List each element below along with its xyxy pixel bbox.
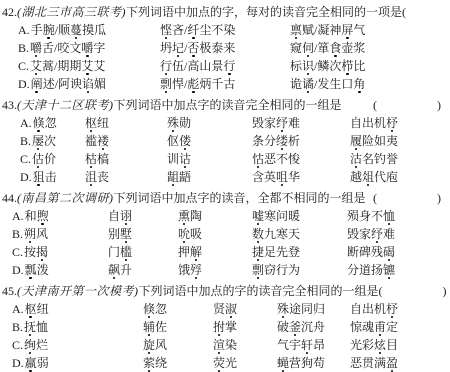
word-pair: 行伍/高山景行 xyxy=(160,57,290,75)
word: 狙击 xyxy=(33,170,57,184)
word: 含英咀华 xyxy=(252,168,350,186)
dotted-char: 轩 xyxy=(301,338,313,352)
word: 萦绕 xyxy=(143,354,213,372)
dotted-char: 屡 xyxy=(32,134,44,148)
option-row-c: C.按揭 门槛 押解 捷足先登 断碑残碣 xyxy=(2,243,446,261)
option-cell: D.羸弱 xyxy=(12,354,143,372)
option-label: B. xyxy=(12,227,23,241)
word: 毁家纾难 xyxy=(347,225,446,243)
word: 蝇营狗苟 xyxy=(277,354,350,372)
word: 条分缕析 xyxy=(252,132,350,150)
option-label: A. xyxy=(12,302,24,316)
option-row-c: C.绚烂 旋风 渲染 气宇轩昂 光彩炫目 xyxy=(2,336,446,354)
dotted-char: 龃 xyxy=(167,170,179,184)
option-label: B. xyxy=(18,41,29,55)
dotted-char: 谲 xyxy=(302,77,314,91)
dotted-char: 熏 xyxy=(178,209,190,223)
dotted-char: 嚼 xyxy=(30,41,42,55)
dotted-char: 俎 xyxy=(362,170,374,184)
dotted-char: 谄 xyxy=(82,77,94,91)
answer-brackets: ( ) xyxy=(373,96,446,114)
word-pair: 窥伺/箪食壶浆 xyxy=(290,39,446,57)
option-label: C. xyxy=(12,338,23,352)
word-pair: 标识/鳞次栉比 xyxy=(290,57,446,75)
question-43: 43. (天津十二区联考) 下列词语中加点字的读音完全相同的一组是 ( ) A.… xyxy=(2,96,446,186)
option-row-a: A.和煦 自诩 熏陶 嘘寒问暖 殒身不恤 xyxy=(2,207,446,225)
question-source: (天津十二区联考) xyxy=(17,96,114,114)
dotted-char: 缕 xyxy=(276,134,288,148)
dotted-char: 朔 xyxy=(24,227,36,241)
dotted-char: 阐 xyxy=(31,77,43,91)
paren-open: ( xyxy=(402,3,406,21)
dotted-char: 墅 xyxy=(120,227,132,241)
word: 毁家纾难 xyxy=(252,114,350,132)
dotted-char: 褛 xyxy=(97,134,109,148)
word: 旋风 xyxy=(143,336,213,354)
dotted-char: 淑 xyxy=(225,302,237,316)
option-row-b: B.嚼舌/咬文嚼字 坍圮/否极泰来 窥伺/箪食壶浆 xyxy=(2,39,446,57)
word: 沮丧 xyxy=(85,168,167,186)
dotted-char: 怙 xyxy=(252,152,264,166)
option-label: B. xyxy=(12,320,23,334)
answer-brackets: ( ) xyxy=(402,3,450,21)
dotted-char: 屏 xyxy=(341,23,353,37)
option-label: C. xyxy=(20,152,31,166)
word: 气宇轩昂 xyxy=(277,336,350,354)
option-cell: A.枢纽 xyxy=(12,300,143,318)
option-label: A. xyxy=(18,23,30,37)
question-number: 43. xyxy=(2,96,17,114)
dotted-char: 绚 xyxy=(24,338,36,352)
question-stem-line: 44. (南昌第二次调研) 下列词语中加点字的读音，全都不相同的一组是 ( ) xyxy=(2,189,446,207)
dotted-char: 食 xyxy=(329,41,341,55)
word-pair: 诡谲/发生口角 xyxy=(290,75,446,93)
word: 自出机杼 xyxy=(350,300,446,318)
word: 惊魂甫定 xyxy=(350,318,446,336)
dotted-char: 嚼 xyxy=(81,41,93,55)
option-cell: C.估价 xyxy=(20,150,85,168)
option-cell: D.阐述/阿谀谄媚 xyxy=(18,75,160,93)
dotted-char: 炫 xyxy=(374,338,386,352)
question-number: 45. xyxy=(2,282,17,300)
dotted-char: 恤 xyxy=(383,209,395,223)
option-row-b: B.抚恤 辅佐 拊掌 破釜沉舟 惊魂甫定 xyxy=(2,318,446,336)
option-label: D. xyxy=(18,77,30,91)
question-source: (天津南开第一次模考) xyxy=(17,282,139,300)
word: 羸弱 xyxy=(25,356,49,370)
word: 枢纽 xyxy=(25,302,49,316)
dotted-char: 辅 xyxy=(143,320,155,334)
dotted-char: 诩 xyxy=(120,209,132,223)
option-label: D. xyxy=(12,263,24,277)
dotted-char: 捷 xyxy=(252,245,264,259)
dotted-char: 禀 xyxy=(290,23,302,37)
question-stem: 下列词语中加点字的读音，全都不相同的一组是 xyxy=(114,189,366,207)
word: 辅佐 xyxy=(143,318,213,336)
word: 越俎代庖 xyxy=(350,168,446,186)
option-label: B. xyxy=(20,134,31,148)
dotted-char: 纾 xyxy=(276,116,288,130)
question-stem-line: 42. (湖北三市高三联考) 下列词语中加点的字，每对的读音完全相同的一项是 (… xyxy=(2,3,446,21)
dotted-char: 悭 xyxy=(160,23,172,37)
question-45: 45. (天津南开第一次模考) 下列词语中加点的字的读音完全相同的一组是 ( )… xyxy=(2,282,446,372)
option-row-a: A.倏忽 枢纽 殊勋 毁家纾难 自出机杼 xyxy=(2,114,446,132)
word: 绚烂 xyxy=(24,338,48,352)
option-row-a: A.枢纽 倏忽 贤淑 殊途同归 自出机杼 xyxy=(2,300,446,318)
word: 枢纽 xyxy=(85,114,167,132)
option-cell: A.手腕/顺蔓摸瓜 xyxy=(18,21,160,39)
word: 贤淑 xyxy=(213,300,277,318)
option-row-d: D.狙击 沮丧 龃龉 含英咀华 越俎代庖 xyxy=(2,168,446,186)
question-42: 42. (湖北三市高三联考) 下列词语中加点的字，每对的读音完全相同的一项是 (… xyxy=(2,3,446,93)
word: 龃龉 xyxy=(167,168,252,186)
paren-close: ) xyxy=(437,189,441,207)
dotted-char: 碣 xyxy=(383,245,395,259)
dotted-char: 揭 xyxy=(36,245,48,259)
dotted-char: 煦 xyxy=(37,209,49,223)
option-row-c: C.估价 枯槁 训诂 怙恶不悛 沽名钓誉 xyxy=(2,150,446,168)
dotted-char: 荧 xyxy=(213,356,225,370)
word: 剽窃行为 xyxy=(252,261,347,279)
word: 断碑残碣 xyxy=(347,243,446,261)
option-label: D. xyxy=(20,170,32,184)
dotted-char: 蔓 xyxy=(70,23,82,37)
dotted-char: 剽 xyxy=(160,77,172,91)
word: 枯槁 xyxy=(85,150,167,168)
word-pair: 手腕/顺蔓摸瓜 xyxy=(31,23,106,37)
option-label: D. xyxy=(12,356,24,370)
dotted-char: 纤 xyxy=(187,23,199,37)
dotted-char: 偻 xyxy=(179,134,191,148)
word: 朔风 xyxy=(24,227,48,241)
word: 捷足先登 xyxy=(252,243,347,261)
option-cell: B.朔风 xyxy=(12,225,108,243)
dotted-char: 镳 xyxy=(383,263,395,277)
dotted-char: 纾 xyxy=(371,227,383,241)
word-pair: 嚼舌/咬文嚼字 xyxy=(30,41,105,55)
word: 分道扬镳 xyxy=(347,261,446,279)
word: 飙升 xyxy=(108,261,178,279)
word: 伛偻 xyxy=(167,132,252,150)
dotted-char: 槛 xyxy=(120,245,132,259)
word: 和煦 xyxy=(25,209,49,223)
word: 怙恶不悛 xyxy=(252,150,350,168)
question-stem: 下列词语中加点字的读音完全相同的一组是 xyxy=(114,96,342,114)
dotted-char: 倏 xyxy=(33,116,45,130)
dotted-char: 渲 xyxy=(213,338,225,352)
dotted-char: 瓢 xyxy=(25,263,37,277)
word: 估价 xyxy=(32,152,56,166)
option-label: C. xyxy=(12,245,23,259)
question-stem: 下列词语中加点的字的读音完全相同的一组是 xyxy=(139,282,379,300)
option-row-b: B.朔风 别墅 吮吸 数九寒天 毁家纾难 xyxy=(2,225,446,243)
dotted-char: 剽 xyxy=(252,263,264,277)
dotted-char: 殊 xyxy=(167,116,179,130)
option-cell: B.屡次 xyxy=(20,132,85,150)
answer-brackets: ( ) xyxy=(379,282,450,300)
question-source: (湖北三市高三联考) xyxy=(17,3,126,21)
word: 恶贯满盈 xyxy=(350,354,446,372)
option-cell: C.绚烂 xyxy=(12,336,143,354)
word: 自出机杼 xyxy=(350,114,446,132)
option-cell: C.艾蒿/期期艾艾 xyxy=(18,57,160,75)
dotted-char: 咀 xyxy=(276,170,288,184)
option-cell: B.嚼舌/咬文嚼字 xyxy=(18,39,160,57)
dotted-char: 狙 xyxy=(33,170,45,184)
dotted-char: 数 xyxy=(252,227,264,241)
word: 荧光 xyxy=(213,354,277,372)
word-pair: 艾蒿/期期艾艾 xyxy=(30,59,105,73)
dotted-char: 识 xyxy=(302,59,314,73)
answer-brackets: ( ) xyxy=(373,189,446,207)
dotted-char: 栉 xyxy=(341,59,353,73)
dotted-char: 殊 xyxy=(277,302,289,316)
paren-close: ) xyxy=(437,96,441,114)
word: 褴褛 xyxy=(85,132,167,150)
word: 拊掌 xyxy=(213,318,277,336)
word: 破釜沉舟 xyxy=(277,318,350,336)
option-label: A. xyxy=(12,209,24,223)
option-label: A. xyxy=(20,116,32,130)
dotted-char: 飙 xyxy=(108,263,120,277)
dotted-char: 杼 xyxy=(386,116,398,130)
option-row-d: D.羸弱 萦绕 荧光 蝇营狗苟 恶贯满盈 xyxy=(2,354,446,372)
option-row-d: D.瓢泼 飙升 饿殍 剽窃行为 分道扬镳 xyxy=(2,261,446,279)
question-stem-line: 45. (天津南开第一次模考) 下列词语中加点的字的读音完全相同的一组是 ( ) xyxy=(2,282,446,300)
dotted-char: 履 xyxy=(350,134,362,148)
word: 押解 xyxy=(178,243,252,261)
word: 别墅 xyxy=(108,225,178,243)
dotted-char: 旋 xyxy=(143,338,155,352)
dotted-char: 诂 xyxy=(179,152,191,166)
dotted-char: 圮 xyxy=(172,41,184,55)
word: 屡次 xyxy=(32,134,56,148)
paren-open: ( xyxy=(379,282,383,300)
word: 殒身不恤 xyxy=(347,207,446,225)
word-pair: 阐述/阿谀谄媚 xyxy=(31,77,106,91)
question-44: 44. (南昌第二次调研) 下列词语中加点字的读音，全都不相同的一组是 ( ) … xyxy=(2,189,446,279)
question-number: 42. xyxy=(2,3,17,21)
paren-open: ( xyxy=(373,189,377,207)
word: 饿殍 xyxy=(178,261,252,279)
dotted-char: 倏 xyxy=(143,302,155,316)
dotted-char: 釜 xyxy=(289,320,301,334)
word: 嘘寒问暖 xyxy=(252,207,347,225)
option-cell: D.瓢泼 xyxy=(12,261,108,279)
dotted-char: 沮 xyxy=(85,170,97,184)
word: 吮吸 xyxy=(178,225,252,243)
dotted-char: 抚 xyxy=(24,320,36,334)
dotted-char: 角 xyxy=(353,77,365,91)
dotted-char: 行 xyxy=(223,59,235,73)
question-source: (南昌第二次调研) xyxy=(17,189,114,207)
word: 倏忽 xyxy=(143,300,213,318)
word: 熏陶 xyxy=(178,207,252,225)
dotted-char: 萦 xyxy=(143,356,155,370)
word: 自诩 xyxy=(108,207,178,225)
dotted-char: 枢 xyxy=(85,116,97,130)
word: 门槛 xyxy=(108,243,178,261)
option-cell: C.按揭 xyxy=(12,243,108,261)
question-number: 44. xyxy=(2,189,17,207)
dotted-char: 解 xyxy=(190,245,202,259)
word: 履险如夷 xyxy=(350,132,446,150)
dotted-char: 沽 xyxy=(350,152,362,166)
option-cell: D.狙击 xyxy=(20,168,85,186)
word: 数九寒天 xyxy=(252,225,347,243)
word: 按揭 xyxy=(24,245,48,259)
word-pair: 禀赋/凝神屏气 xyxy=(290,21,446,39)
dotted-char: 估 xyxy=(32,152,44,166)
dotted-char: 蝇 xyxy=(277,356,289,370)
word: 瓢泼 xyxy=(25,263,49,277)
word: 渲染 xyxy=(213,336,277,354)
word: 殊途同归 xyxy=(277,300,350,318)
word: 殊勋 xyxy=(167,114,252,132)
option-cell: A.和煦 xyxy=(12,207,108,225)
dotted-char: 杼 xyxy=(386,302,398,316)
dotted-char: 嘘 xyxy=(252,209,264,223)
word-pair: 悭吝/纤尘不染 xyxy=(160,21,290,39)
option-row-c: C.艾蒿/期期艾艾 行伍/高山景行 标识/鳞次栉比 xyxy=(2,57,446,75)
option-label: C. xyxy=(18,59,29,73)
dotted-char: 殍 xyxy=(190,263,202,277)
option-row-a: A.手腕/顺蔓摸瓜 悭吝/纤尘不染 禀赋/凝神屏气 xyxy=(2,21,446,39)
dotted-char: 彪 xyxy=(187,77,199,91)
option-row-d: D.阐述/阿谀谄媚 剽悍/彪炳千古 诡谲/发生口角 xyxy=(2,75,446,93)
option-row-b: B.屡次 褴褛 伛偻 条分缕析 履险如夷 xyxy=(2,132,446,150)
exam-page: 42. (湖北三市高三联考) 下列词语中加点的字，每对的读音完全相同的一项是 (… xyxy=(0,0,450,372)
dotted-char: 盈 xyxy=(386,356,398,370)
dotted-char: 羸 xyxy=(25,356,37,370)
word-pair: 剽悍/彪炳千古 xyxy=(160,75,290,93)
dotted-char: 拊 xyxy=(213,320,225,334)
dotted-char: 腕 xyxy=(43,23,55,37)
dotted-char: 甫 xyxy=(374,320,386,334)
dotted-char: 吮 xyxy=(178,227,190,241)
word-pair: 坍圮/否极泰来 xyxy=(160,39,290,57)
word: 倏忽 xyxy=(33,116,57,130)
dotted-char: 否 xyxy=(187,41,199,55)
dotted-char: 枢 xyxy=(25,302,37,316)
word: 沽名钓誉 xyxy=(350,150,446,168)
dotted-char: 伺 xyxy=(302,41,314,55)
dotted-char: 艾 xyxy=(30,59,42,73)
paren-close: ) xyxy=(443,282,447,300)
dotted-char: 行 xyxy=(160,59,172,73)
dotted-char: 枯 xyxy=(85,152,97,166)
word: 训诂 xyxy=(167,150,252,168)
question-stem: 下列词语中加点的字，每对的读音完全相同的一项是 xyxy=(126,3,402,21)
paren-open: ( xyxy=(373,96,377,114)
dotted-char: 艾 xyxy=(81,59,93,73)
option-cell: A.倏忽 xyxy=(20,114,85,132)
option-cell: B.抚恤 xyxy=(12,318,143,336)
word: 抚恤 xyxy=(24,320,48,334)
word: 光彩炫目 xyxy=(350,336,446,354)
question-stem-line: 43. (天津十二区联考) 下列词语中加点字的读音完全相同的一组是 ( ) xyxy=(2,96,446,114)
